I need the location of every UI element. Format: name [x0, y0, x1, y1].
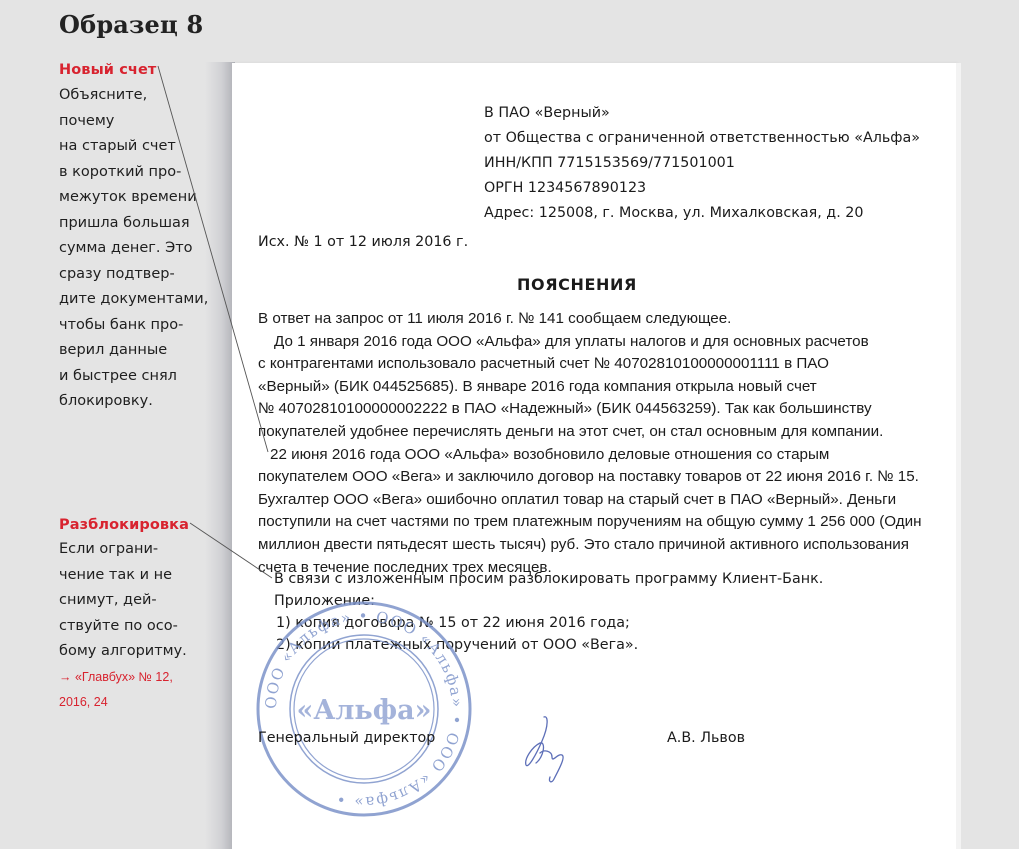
body-line: № 40702810100000002222 в ПАО «Надежный» … [258, 398, 922, 421]
note-title: Новый счет [59, 60, 229, 80]
note-reference-link[interactable]: → «Главбух» № 12, [59, 665, 229, 690]
addressee-line: от Общества с ограниченной ответственнос… [484, 126, 920, 151]
note-body: Объясните, почему на старый счет в корот… [59, 83, 229, 415]
signature-scribble [522, 713, 572, 785]
signatory-name: А.В. Львов [667, 730, 745, 746]
note-line: на старый счет [59, 134, 229, 160]
note-line: Объясните, [59, 83, 229, 109]
note-line: сразу подтвер- [59, 262, 229, 288]
company-stamp: ООО «Альфа» • ООО «Альфа» • ООО «Альфа» … [254, 599, 474, 819]
page-edge [956, 63, 961, 849]
request-line: В связи с изложенным просим разблокирова… [274, 568, 823, 590]
document-heading: ПОЯСНЕНИЯ [232, 275, 922, 294]
note-line: чение так и не [59, 563, 229, 589]
note-line: чтобы банк про- [59, 313, 229, 339]
note-line: в короткий про- [59, 160, 229, 186]
body-line: с контрагентами использовало расчетный с… [258, 353, 922, 376]
note-line: блокировку. [59, 389, 229, 415]
addressee-line: ОРГН 1234567890123 [484, 176, 920, 201]
sample-title: Образец 8 [59, 10, 203, 39]
page-shadow [205, 62, 235, 849]
document-body: В ответ на запрос от 11 июля 2016 г. № 1… [258, 308, 922, 579]
side-note-unblocking: Разблокировка Если ограни- чение так и н… [59, 515, 229, 715]
body-line: 22 июня 2016 года ООО «Альфа» возобновил… [258, 444, 922, 467]
note-line: дите документами, [59, 287, 229, 313]
document-page: В ПАО «Верный» от Общества с ограниченно… [232, 63, 956, 849]
note-reference-link[interactable]: 2016, 24 [59, 690, 229, 715]
body-line: До 1 января 2016 года ООО «Альфа» для уп… [258, 331, 922, 354]
note-line: снимут, дей- [59, 588, 229, 614]
note-line: верил данные [59, 338, 229, 364]
body-line: поступили на счет частями по трем платеж… [258, 511, 922, 534]
body-line: миллион двести пятьдесят шесть тысяч) ру… [258, 534, 922, 557]
body-line: В ответ на запрос от 11 июля 2016 г. № 1… [258, 308, 922, 331]
note-line: межуток времени [59, 185, 229, 211]
body-line: покупателем ООО «Вега» и заключило догов… [258, 466, 922, 489]
note-title: Разблокировка [59, 515, 229, 535]
signatory-position: Генеральный директор [258, 730, 435, 746]
body-line: покупателей удобнее перечислять деньги н… [258, 421, 922, 444]
addressee-line: В ПАО «Верный» [484, 101, 920, 126]
side-note-new-account: Новый счет Объясните, почему на старый с… [59, 60, 229, 415]
stamp-center-text: «Альфа» [297, 695, 432, 726]
note-line: ствуйте по осо- [59, 614, 229, 640]
outgoing-reference: Исх. № 1 от 12 июля 2016 г. [258, 234, 468, 250]
note-line: и быстрее снял [59, 364, 229, 390]
note-line: Если ограни- [59, 537, 229, 563]
addressee-line: ИНН/КПП 7715153569/771501001 [484, 151, 920, 176]
note-line: сумма денег. Это [59, 236, 229, 262]
addressee-line: Адрес: 125008, г. Москва, ул. Михалковск… [484, 201, 920, 226]
body-line: «Верный» (БИК 044525685). В январе 2016 … [258, 376, 922, 399]
addressee-block: В ПАО «Верный» от Общества с ограниченно… [484, 101, 920, 226]
note-line: пришла большая [59, 211, 229, 237]
body-line: Бухгалтер ООО «Вега» ошибочно оплатил то… [258, 489, 922, 512]
note-line: бому алгоритму. [59, 639, 229, 665]
note-body: Если ограни- чение так и не снимут, дей-… [59, 537, 229, 715]
note-line: почему [59, 109, 229, 135]
